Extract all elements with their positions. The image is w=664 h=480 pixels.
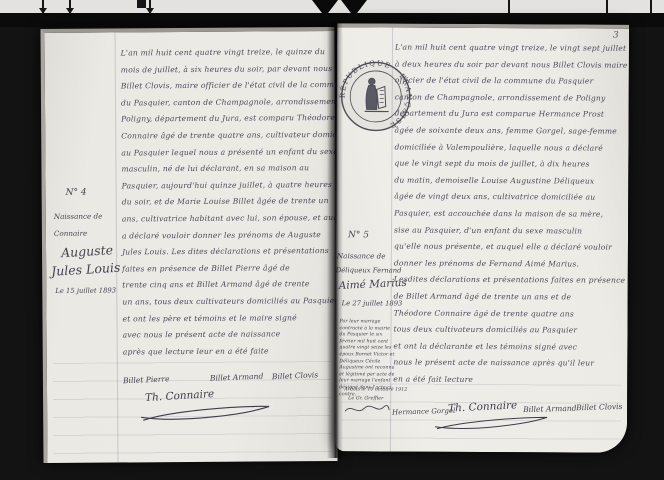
- greffier-signature-squiggle: [343, 404, 391, 416]
- handwriting-line: en a été fait lecture: [393, 371, 626, 389]
- act-number: N° 5: [348, 230, 369, 240]
- handwriting-line: département du Jura est comparue Hermanc…: [395, 106, 628, 124]
- book-gutter-shadow: [327, 22, 343, 458]
- signature-declarant: Th. Connaire: [145, 388, 215, 404]
- handwriting-line: faites en présence de Billet Pierre âgé …: [122, 260, 359, 278]
- handwriting-line: ans, cultivatrice habitant avec lui, son…: [122, 210, 359, 228]
- register-right-page: 3 RÉPUBLIQUE · FRANÇAISE L'an mil huit c…: [335, 23, 629, 453]
- margin-date: Le 15 juillet 1893: [55, 287, 116, 295]
- handwriting-line: au Pasquier lequel nous a présenté un en…: [121, 143, 358, 161]
- handwriting-line: mois de juillet, à six heures du soir, p…: [121, 60, 358, 78]
- handwriting-line: avec nous le présent acte de naissance: [123, 326, 360, 344]
- handwriting-line: du soir, et de Marie Louise Billet âgée …: [122, 193, 359, 211]
- signature-flourish: [135, 403, 275, 422]
- handwriting-line: masculin, né de lui déclarant, en sa mai…: [121, 160, 358, 178]
- film-tick: [508, 0, 510, 13]
- handwriting-line: que le vingt sept du mois de juillet, à …: [394, 156, 627, 174]
- film-header-strip: [0, 0, 664, 13]
- margin-date: Le 27 juillet 1893: [342, 299, 403, 307]
- handwriting-line: canton de Champagnole, arrondissement de…: [395, 89, 628, 107]
- register-left-page: N° 4 Naissance de Connaire Auguste Jules…: [40, 27, 337, 463]
- film-tick: [650, 0, 652, 13]
- handwriting-line: L'an mil huit cent quatre vingt treize, …: [395, 40, 628, 58]
- microfilm-scan: N° 4 Naissance de Connaire Auguste Jules…: [0, 0, 664, 480]
- margin-rule: [115, 33, 119, 463]
- handwriting-line: après que lecture leur en a été faite: [123, 342, 360, 360]
- handwriting-line: Connaire âgé de trente quatre ans, culti…: [121, 127, 358, 145]
- act-body-text: L'an mil huit cent quatre vingt treize, …: [393, 40, 627, 390]
- signature-witness1: Th. Connaire: [448, 399, 518, 414]
- handwriting-line: domiciliée à Valempoulière, laquelle nou…: [394, 139, 627, 157]
- margin-firstname: Auguste: [61, 242, 114, 260]
- handwriting-line: Pasquier, est accouchée dans la maison d…: [394, 205, 627, 223]
- handwriting-line: officier de l'état civil de la commune d…: [395, 73, 628, 91]
- signature-witness2: Billet Armand: [523, 404, 577, 415]
- margin-middlenames: Jules Louis: [51, 260, 121, 279]
- marginal-note-title: Le Gr. Greffier: [348, 396, 383, 401]
- handwriting-line: Poligny, département du Jura, est compar…: [121, 110, 358, 128]
- signature-officer: Billet Clovis: [576, 402, 623, 412]
- handwriting-line: et ont la déclarante et les témoins sign…: [393, 338, 626, 356]
- signature-witness1: Billet Pierre: [123, 374, 170, 385]
- handwriting-line: sise au Pasquier, d'un enfant du sexe ma…: [394, 222, 627, 240]
- film-tick: [606, 0, 608, 13]
- film-registration-triangle: [312, 0, 338, 17]
- handwriting-line: qu'elle nous présente, et auquel elle a …: [394, 239, 627, 257]
- film-registration-triangle: [341, 0, 367, 17]
- handwriting-line: donner les prénoms de Fernand Aimé Mariu…: [394, 255, 627, 273]
- signature-officer: Billet Clovis: [272, 370, 319, 381]
- handwriting-line: un ans, tous deux cultivateurs domicilié…: [122, 293, 359, 311]
- handwriting-line: trente cinq ans et Billet Armand âgé de …: [122, 276, 359, 294]
- act-number: N° 4: [66, 188, 87, 198]
- handwriting-line: tous deux cultivateurs domiciliés au Pas…: [393, 322, 626, 340]
- handwriting-line: du Pasquier, canton de Champagnole, arro…: [121, 94, 358, 112]
- handwriting-line: âgée de soixante deux ans, femme Gorgel,…: [395, 123, 628, 141]
- signature-witness2: Billet Armand: [210, 372, 264, 383]
- handwriting-line: Jules Louis. Les dites déclarations et p…: [122, 243, 359, 261]
- margin-heading: Naissance de: [337, 251, 386, 260]
- margin-heading: Naissance de: [54, 212, 103, 221]
- handwriting-line: Lesdites déclarations et présentations f…: [394, 272, 627, 290]
- marginal-note-place-date: Arbois le 10 octobre 1912: [344, 387, 407, 392]
- margin-surname: Connaire: [54, 229, 87, 238]
- handwriting-line: Théodore Connaire âgé de trente quatre a…: [394, 305, 627, 323]
- handwriting-line: nous le présent acte de naissance après …: [393, 355, 626, 373]
- handwriting-line: et ont les père et témoins et le maire s…: [122, 309, 359, 327]
- signature-flourish: [431, 415, 551, 432]
- margin-surname: Déliqueux Fernand: [336, 266, 402, 274]
- handwriting-line: âgée de vingt deux ans, cultivatrice dom…: [394, 189, 627, 207]
- handwriting-line: de Billet Armand âgé de trente un ans et…: [394, 288, 627, 306]
- handwriting-line: à deux heures du soir par devant nous Bi…: [395, 56, 628, 74]
- handwriting-line: a déclaré vouloir donner les prénoms de …: [122, 226, 359, 244]
- film-bar-mark: [137, 0, 146, 8]
- act-body-text: L'an mil huit cent quatre vingt treize, …: [121, 44, 360, 361]
- handwriting-line: Billet Clovis, maire officier de l'état …: [121, 77, 358, 95]
- handwriting-line: Pasquier, aujourd'hui quinze juillet, à …: [122, 177, 359, 195]
- folio-number: 3: [613, 31, 619, 41]
- handwriting-line: du matin, demoiselle Louise Augustine Dé…: [394, 172, 627, 190]
- handwriting-line: L'an mil huit cent quatre vingt treize, …: [121, 44, 358, 62]
